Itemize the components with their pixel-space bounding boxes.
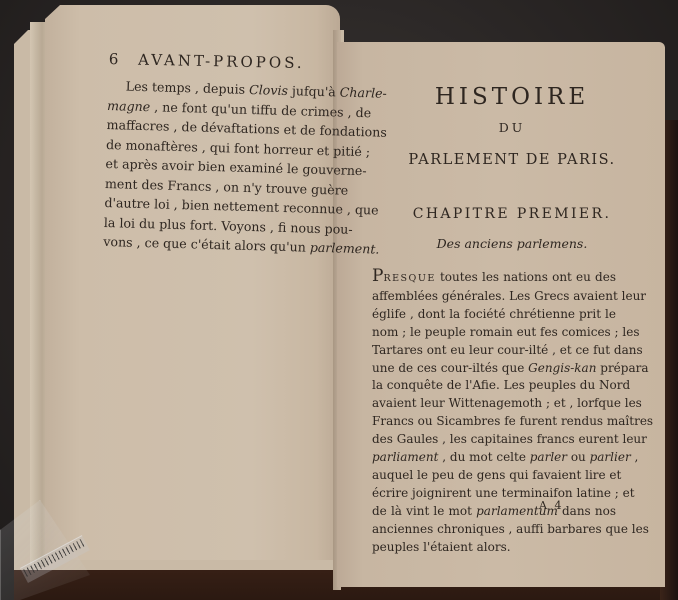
section-heading: Des anciens parlemens.	[362, 236, 662, 251]
right-page-body: PRESQUE toutes les nations ont eu des af…	[372, 268, 616, 557]
left-page-body: Les temps , depuis Clovis jufqu'à Charle…	[103, 76, 342, 258]
text-line: une de ces cour-iltés que Gengis-kan pré…	[372, 360, 616, 378]
text-line: églife , dont la fociété chrétienne prit…	[372, 306, 616, 324]
text-line: parliament , du mot celte parler ou parl…	[372, 449, 616, 467]
book-subtitle: PARLEMENT DE PARIS.	[362, 152, 662, 168]
book-title: HISTOIRE	[362, 84, 662, 110]
text-line: avaient leur Wittenagemoth ; et , lorfqu…	[372, 395, 616, 413]
text-line: des Gaules , les capitaines francs euren…	[372, 431, 616, 449]
text-line: affemblées générales. Les Grecs avaient …	[372, 288, 616, 306]
text-line: peuples l'étaient alors.	[372, 539, 616, 557]
chapter-heading: CHAPITRE PREMIER.	[362, 206, 662, 222]
text-line: Francs ou Sicambres fe furent rendus maî…	[372, 413, 616, 431]
text-line: écrire joignirent une terminaifon latine…	[372, 485, 616, 503]
signature-mark: A 4	[539, 499, 563, 512]
page-number: 6	[109, 50, 119, 68]
text-line: Tartares ont eu leur cour-ilté , et ce f…	[372, 342, 616, 360]
text-line: nom ; le peuple romain eut fes comices ;…	[372, 324, 616, 342]
text-line: de là vint le mot parlamentum dans nos	[372, 503, 616, 521]
drop-cap: P	[372, 266, 383, 286]
text-line: auquel le peu de gens qui favaient lire …	[372, 467, 616, 485]
book-title-du: DU	[362, 120, 662, 135]
running-head-title: AVANT-PROPOS.	[138, 51, 305, 72]
text-line: PRESQUE toutes les nations ont eu des	[372, 268, 616, 288]
text-line: la conquête de l'Afie. Les peuples du No…	[372, 377, 616, 395]
text-line: anciennes chroniques , auffi barbares qu…	[372, 521, 616, 539]
